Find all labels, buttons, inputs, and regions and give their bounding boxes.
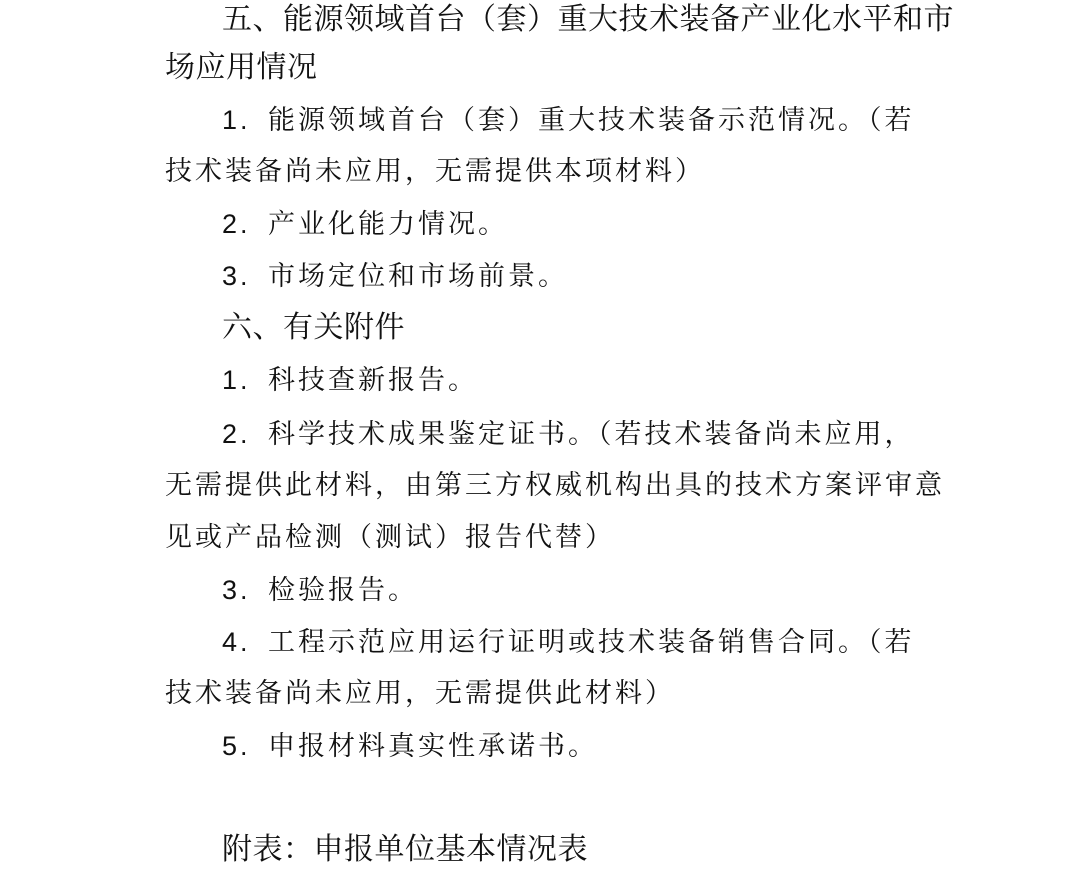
section-6-item-2: 2.科学技术成果鉴定证书。（若技术装备尚未应用， bbox=[222, 414, 915, 454]
section-6-item-2-continuation-1: 无需提供此材料，由第三方权威机构出具的技术方案评审意 bbox=[165, 466, 945, 506]
item-text: 科学技术成果鉴定证书。（若技术装备尚未应用， bbox=[268, 419, 915, 450]
appendix-title: 附表：申报单位基本情况表 bbox=[222, 830, 588, 870]
item-text: 产业化能力情况。 bbox=[268, 209, 508, 240]
item-number: 2. bbox=[222, 204, 268, 244]
section-6-item-5: 5.申报材料真实性承诺书。 bbox=[222, 726, 598, 766]
item-number: 4. bbox=[222, 622, 268, 662]
section-6-item-4-continuation: 技术装备尚未应用，无需提供此材料） bbox=[165, 674, 675, 714]
item-text: 市场定位和市场前景。 bbox=[268, 261, 568, 292]
section-5-item-1-continuation: 技术装备尚未应用，无需提供本项材料） bbox=[165, 152, 705, 192]
item-text: 能源领域首台（套）重大技术装备示范情况。（若 bbox=[268, 105, 915, 136]
document-page: 五、能源领域首台（套）重大技术装备产业化水平和市 场应用情况 1.能源领域首台（… bbox=[0, 0, 1080, 880]
item-number: 3. bbox=[222, 256, 268, 296]
item-text: 申报材料真实性承诺书。 bbox=[268, 731, 598, 762]
section-5-heading-line-2: 场应用情况 bbox=[165, 48, 318, 88]
section-6-item-1: 1.科技查新报告。 bbox=[222, 360, 478, 400]
section-6-item-2-continuation-2: 见或产品检测（测试）报告代替） bbox=[165, 518, 615, 558]
item-number: 5. bbox=[222, 726, 268, 766]
section-5-item-1: 1.能源领域首台（套）重大技术装备示范情况。（若 bbox=[222, 100, 915, 140]
item-text: 工程示范应用运行证明或技术装备销售合同。（若 bbox=[268, 627, 915, 658]
section-5-item-2: 2.产业化能力情况。 bbox=[222, 204, 508, 244]
item-number: 1. bbox=[222, 360, 268, 400]
item-number: 3. bbox=[222, 570, 268, 610]
item-text: 科技查新报告。 bbox=[268, 365, 478, 396]
item-number: 2. bbox=[222, 414, 268, 454]
section-6-item-4: 4.工程示范应用运行证明或技术装备销售合同。（若 bbox=[222, 622, 915, 662]
section-5-heading-line-1: 五、能源领域首台（套）重大技术装备产业化水平和市 bbox=[222, 0, 954, 40]
item-number: 1. bbox=[222, 100, 268, 140]
section-5-item-3: 3.市场定位和市场前景。 bbox=[222, 256, 568, 296]
section-6-heading: 六、有关附件 bbox=[222, 308, 405, 348]
section-6-item-3: 3.检验报告。 bbox=[222, 570, 418, 610]
item-text: 检验报告。 bbox=[268, 575, 418, 606]
